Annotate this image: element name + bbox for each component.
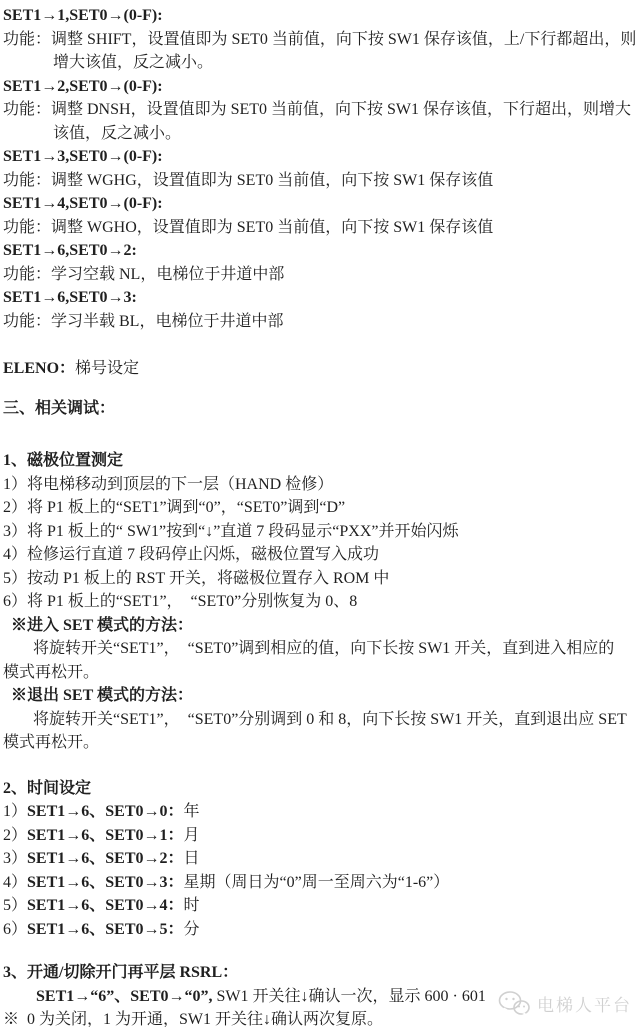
doc-line: ELENO：梯号设定 (3, 357, 638, 381)
doc-text-segment: SET1→3,SET0→(0-F): (3, 148, 163, 165)
doc-text-segment: 模式再松开。 (3, 664, 99, 681)
doc-text-segment: ELENO： (3, 360, 75, 377)
doc-text-segment: 4）检修运行直道 7 段码停止闪烁，磁极位置写入成功 (3, 546, 379, 563)
doc-text-segment: 功能：学习空载 NL，电梯位于井道中部 (3, 266, 284, 283)
doc-text-segment: SET1→6、SET0→4： (27, 897, 184, 914)
doc-text-segment: 功能：学习半载 BL，电梯位于井道中部 (3, 313, 283, 330)
doc-text-segment: ※ 0 为关闭，1 为开通，SW1 开关往↓确认两次复原。 (3, 1011, 383, 1027)
doc-text-segment: 功能：调整 WGHO，设置值即为 SET0 当前值，向下按 SW1 保存该值 (3, 219, 493, 236)
doc-text-segment: 3） (3, 850, 27, 867)
doc-line: 5）按动 P1 板上的 RST 开关，将磁极位置存入 ROM 中 (3, 567, 638, 591)
doc-heading: 1、磁极位置测定 (3, 449, 638, 473)
watermark-label: 电梯人平台 (537, 991, 632, 1016)
doc-text-segment: 1、磁极位置测定 (3, 452, 123, 469)
doc-text-segment: ※退出 SET 模式的方法： (11, 687, 193, 704)
doc-line: 功能：调整 WGHG，设置值即为 SET0 当前值，向下按 SW1 保存该值 (3, 169, 638, 193)
doc-text-segment: 模式再松开。 (3, 734, 99, 751)
doc-line: 5）SET1→6、SET0→4：时 (3, 894, 638, 918)
doc-line: 1）将电梯移动到顶层的下一层（HAND 检修） (3, 473, 638, 497)
doc-text-segment: 4） (3, 874, 27, 891)
doc-heading: ※进入 SET 模式的方法： (3, 614, 638, 638)
doc-line: 将旋转开关“SET1”， “SET0”分别调到 0 和 8，向下长按 SW1 开… (3, 708, 638, 732)
doc-text-segment: 梯号设定 (75, 360, 139, 377)
doc-heading: SET1→2,SET0→(0-F): (3, 75, 638, 99)
doc-heading: SET1→6,SET0→3: (3, 286, 638, 310)
doc-heading: ※退出 SET 模式的方法： (3, 684, 638, 708)
doc-text-segment: ※进入 SET 模式的方法： (11, 617, 193, 634)
doc-text-segment: 功能：调整 WGHG，设置值即为 SET0 当前值，向下按 SW1 保存该值 (3, 172, 493, 189)
doc-text-segment: 功能：调整 SHIFT，设置值即为 SET0 当前值，向下按 SW1 保存该值，… (3, 31, 636, 48)
doc-text-segment: 时 (184, 897, 200, 914)
doc-text-segment: 三、相关调试： (3, 400, 115, 417)
doc-line: 2）SET1→6、SET0→1：月 (3, 824, 638, 848)
doc-line: 将旋转开关“SET1”， “SET0”调到相应的值，向下长按 SW1 开关，直到… (3, 637, 638, 661)
watermark: 电梯人平台 (498, 990, 632, 1017)
doc-line: 功能：调整 DNSH，设置值即为 SET0 当前值，向下按 SW1 保存该值，下… (3, 98, 638, 122)
doc-text-segment: SET1→6、SET0→0： (27, 803, 184, 820)
doc-text-segment: SET1→2,SET0→(0-F): (3, 78, 163, 95)
doc-line: 4）SET1→6、SET0→3：星期（周日为“0”周一至周六为“1-6”） (3, 871, 638, 895)
doc-line: 功能：调整 SHIFT，设置值即为 SET0 当前值，向下按 SW1 保存该值，… (3, 28, 638, 52)
doc-text-segment: 增大该值，反之减小。 (53, 54, 213, 71)
doc-text-segment: 功能：调整 DNSH，设置值即为 SET0 当前值，向下按 SW1 保存该值，下… (3, 101, 631, 118)
document-body: SET1→1,SET0→(0-F):功能：调整 SHIFT，设置值即为 SET0… (0, 0, 640, 1027)
wechat-icon (498, 990, 530, 1017)
doc-text-segment: 分 (184, 921, 200, 938)
doc-text-segment: SET1→6,SET0→2: (3, 242, 137, 259)
doc-text-segment: 1） (3, 803, 27, 820)
doc-text-segment: 2）将 P1 板上的“SET1”调到“0”，“SET0”调到“D” (3, 499, 345, 516)
doc-line: 模式再松开。 (3, 661, 638, 685)
doc-heading: SET1→3,SET0→(0-F): (3, 145, 638, 169)
doc-line: 该值，反之减小。 (3, 122, 638, 146)
doc-text-segment: SET1→6、SET0→2： (27, 850, 184, 867)
doc-line: 3）SET1→6、SET0→2：日 (3, 847, 638, 871)
doc-line: 2）将 P1 板上的“SET1”调到“0”，“SET0”调到“D” (3, 496, 638, 520)
doc-text-segment: SET1→4,SET0→(0-F): (3, 195, 163, 212)
doc-text-segment: SET1→6,SET0→3: (3, 289, 137, 306)
doc-line: 功能：学习半载 BL，电梯位于井道中部 (3, 310, 638, 334)
doc-text-segment: 2） (3, 827, 27, 844)
doc-text-segment: 3、开通/切除开门再平层 RSRL： (3, 964, 238, 981)
doc-heading: 3、开通/切除开门再平层 RSRL： (3, 961, 638, 985)
doc-line: 1）SET1→6、SET0→0：年 (3, 800, 638, 824)
doc-text-segment: 2、时间设定 (3, 780, 91, 797)
doc-text-segment: SET1→6、SET0→1： (27, 827, 184, 844)
doc-text-segment: 5）按动 P1 板上的 RST 开关，将磁极位置存入 ROM 中 (3, 570, 389, 587)
doc-text-segment: 6）将 P1 板上的“SET1”， “SET0”分别恢复为 0、8 (3, 593, 357, 610)
doc-text-segment: SET1→1,SET0→(0-F): (3, 7, 163, 24)
doc-line: 6）SET1→6、SET0→5：分 (3, 918, 638, 942)
doc-heading: 三、相关调试： (3, 397, 638, 421)
doc-line: 增大该值，反之减小。 (3, 51, 638, 75)
doc-text-segment: 6） (3, 921, 27, 938)
doc-line: 功能：学习空载 NL，电梯位于井道中部 (3, 263, 638, 287)
document-page: SET1→1,SET0→(0-F):功能：调整 SHIFT，设置值即为 SET0… (0, 0, 640, 1027)
doc-text-segment: 3）将 P1 板上的“ SW1”按到“↓”直道 7 段码显示“PXX”并开始闪烁 (3, 523, 459, 540)
doc-line: 6）将 P1 板上的“SET1”， “SET0”分别恢复为 0、8 (3, 590, 638, 614)
doc-text-segment: SET1→6、SET0→3： (27, 874, 184, 891)
doc-text-segment: 日 (184, 850, 200, 867)
doc-text-segment: 5） (3, 897, 27, 914)
doc-line: 4）检修运行直道 7 段码停止闪烁，磁极位置写入成功 (3, 543, 638, 567)
doc-line: 模式再松开。 (3, 731, 638, 755)
doc-text-segment: SET1→“6”、SET0→“0”, (36, 988, 213, 1005)
doc-text-segment: SW1 开关往↓确认一次，显示 600 · 601 (213, 988, 486, 1005)
doc-line: 3）将 P1 板上的“ SW1”按到“↓”直道 7 段码显示“PXX”并开始闪烁 (3, 520, 638, 544)
doc-text-segment: 星期（周日为“0”周一至周六为“1-6”） (184, 874, 450, 891)
doc-heading: SET1→1,SET0→(0-F): (3, 4, 638, 28)
doc-text-segment: 该值，反之减小。 (53, 125, 181, 142)
doc-text-segment: 月 (184, 827, 200, 844)
doc-heading: SET1→6,SET0→2: (3, 239, 638, 263)
doc-line: 功能：调整 WGHO，设置值即为 SET0 当前值，向下按 SW1 保存该值 (3, 216, 638, 240)
doc-heading: 2、时间设定 (3, 777, 638, 801)
doc-text-segment: 年 (184, 803, 200, 820)
doc-text-segment: 将旋转开关“SET1”， “SET0”调到相应的值，向下长按 SW1 开关，直到… (33, 640, 614, 657)
doc-text-segment: 1）将电梯移动到顶层的下一层（HAND 检修） (3, 476, 333, 493)
doc-text-segment: 将旋转开关“SET1”， “SET0”分别调到 0 和 8，向下长按 SW1 开… (33, 711, 627, 728)
doc-heading: SET1→4,SET0→(0-F): (3, 192, 638, 216)
doc-text-segment: SET1→6、SET0→5： (27, 921, 184, 938)
